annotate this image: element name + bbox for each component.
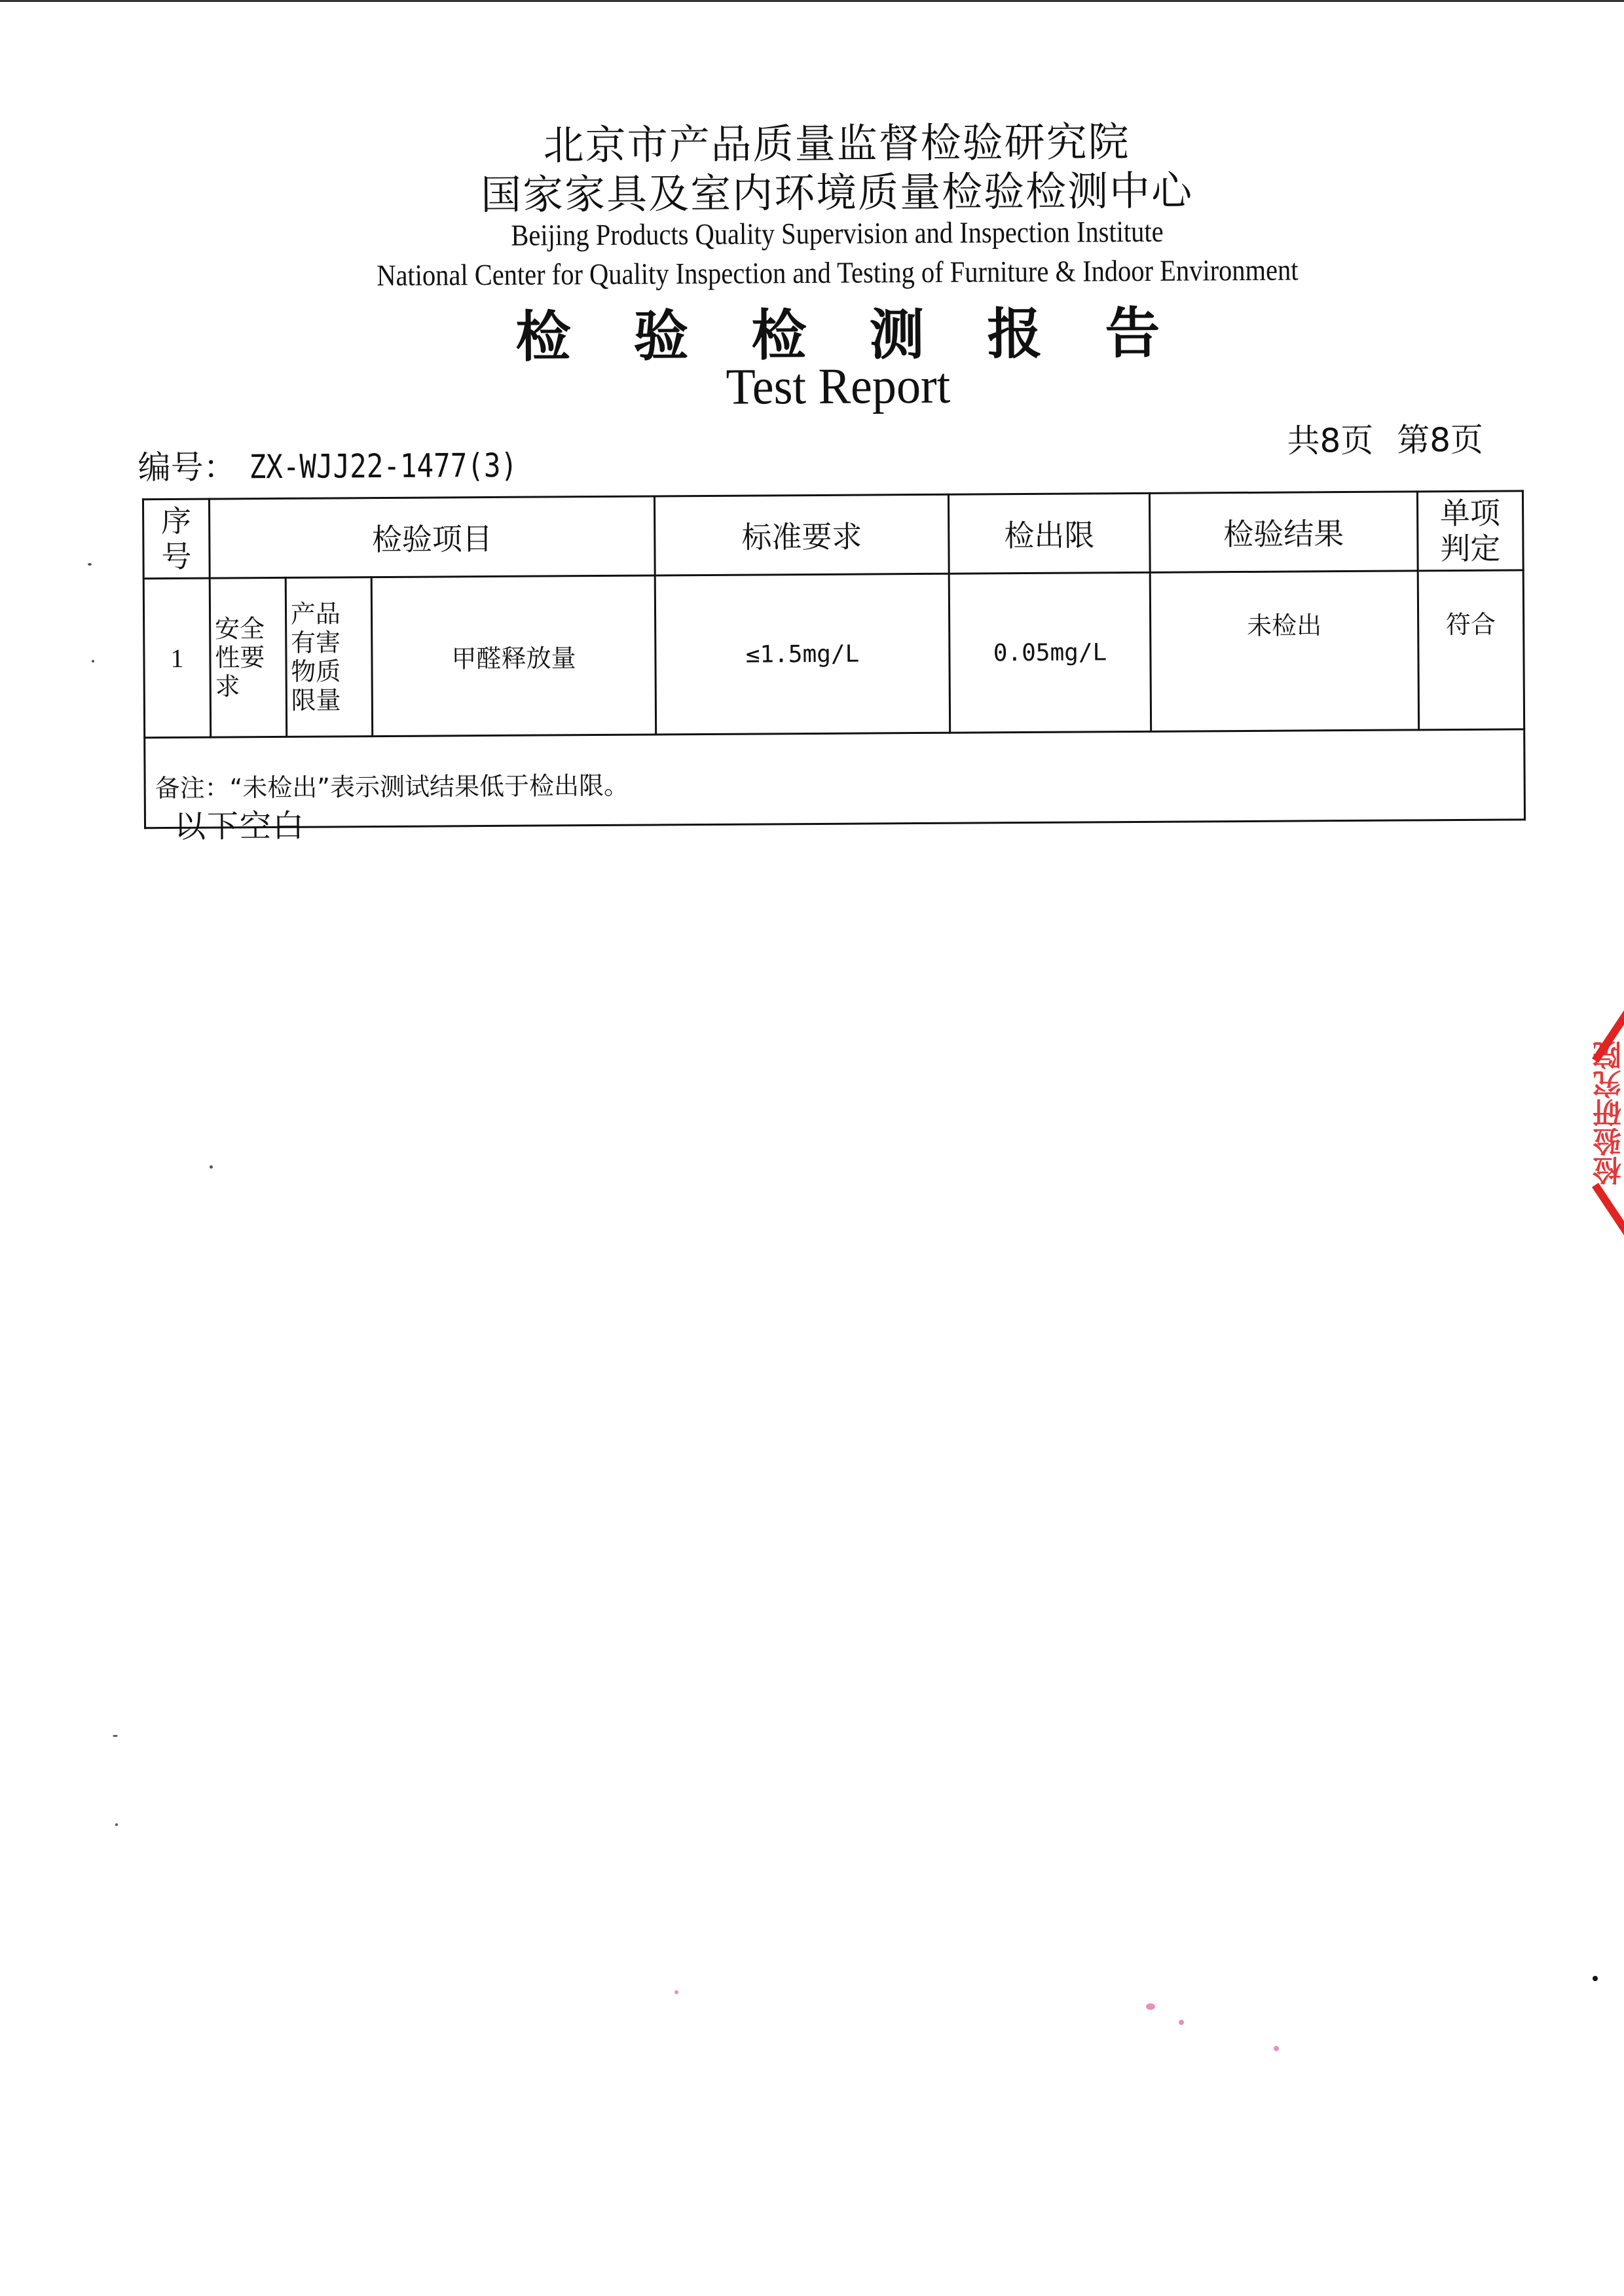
report-number-label: 编号： [138, 441, 236, 488]
header-result: 检验结果 [1150, 492, 1418, 572]
cell-seq: 1 [143, 578, 210, 738]
report-page: 北京市产品质量监督检验研究院 国家家具及室内环境质量检验检测中心 Beijing… [0, 0, 1624, 2296]
header-detection-limit: 检出限 [948, 493, 1150, 574]
report-number-value: ZX-WJJ22-1477(3) [249, 446, 517, 486]
scan-speck [113, 1735, 118, 1737]
table-row: 1 安全 性要 求 产品 有害 物质 限量 甲醛释放量 ≤1.5mg/L 0.0… [143, 570, 1524, 738]
cell-category-line: 性要 [215, 643, 285, 672]
scan-speck [1179, 2020, 1184, 2025]
header-seq: 序 号 [143, 499, 210, 579]
cell-subcategory-line: 有害 [291, 628, 371, 657]
report-title-en: Test Report [42, 352, 1624, 420]
note-row: 备注：“未检出”表示测试结果低于检出限。 [145, 729, 1525, 828]
scan-speck [210, 1165, 213, 1169]
header-seq-line: 序 [144, 503, 208, 539]
scan-speck [674, 1990, 678, 1994]
cell-category-line: 安全 [215, 614, 285, 644]
blank-below-note: 以下空白 [174, 801, 305, 847]
scan-speck [1593, 1976, 1598, 1981]
header-standard: 标准要求 [655, 494, 949, 575]
header-item: 检验项目 [209, 496, 655, 578]
cell-subcategory-line: 产品 [291, 599, 371, 629]
scan-speck [1146, 2003, 1155, 2010]
table-header-row: 序 号 检验项目 标准要求 检出限 检验结果 单项 判定 [143, 491, 1523, 579]
scan-speck [1274, 2046, 1279, 2051]
cell-detection-limit: 0.05mg/L [949, 572, 1151, 733]
header-judgement-line: 判定 [1418, 530, 1522, 566]
results-table: 序 号 检验项目 标准要求 检出限 检验结果 单项 判定 1 安全 性要 求 产… [142, 490, 1526, 829]
cell-result: 未检出 [1151, 571, 1419, 731]
cell-item: 甲醛释放量 [371, 575, 656, 737]
cell-category: 安全 性要 求 [210, 577, 286, 737]
page-indicator: 共8页第8页 [1287, 414, 1483, 462]
scan-speck [88, 563, 92, 566]
cell-standard: ≤1.5mg/L [655, 574, 950, 735]
seal-text: 检验研究院 [1590, 1041, 1623, 1185]
scan-speck [115, 1823, 118, 1826]
cell-category-line: 求 [215, 672, 285, 701]
header-seq-line: 号 [144, 539, 208, 575]
header-judgement-line: 单项 [1418, 495, 1522, 531]
header-judgement: 单项 判定 [1417, 491, 1523, 571]
table-note: 备注：“未检出”表示测试结果低于检出限。 [145, 729, 1525, 828]
report-number: 编号： ZX-WJJ22-1477(3) [138, 439, 564, 488]
current-page: 第8页 [1397, 421, 1483, 460]
cell-subcategory: 产品 有害 物质 限量 [286, 577, 373, 737]
scan-speck [92, 660, 94, 663]
cell-judgement: 符合 [1418, 570, 1524, 730]
cell-subcategory-line: 限量 [291, 685, 371, 715]
cell-subcategory-line: 物质 [291, 657, 371, 686]
total-pages: 共8页 [1287, 422, 1373, 460]
